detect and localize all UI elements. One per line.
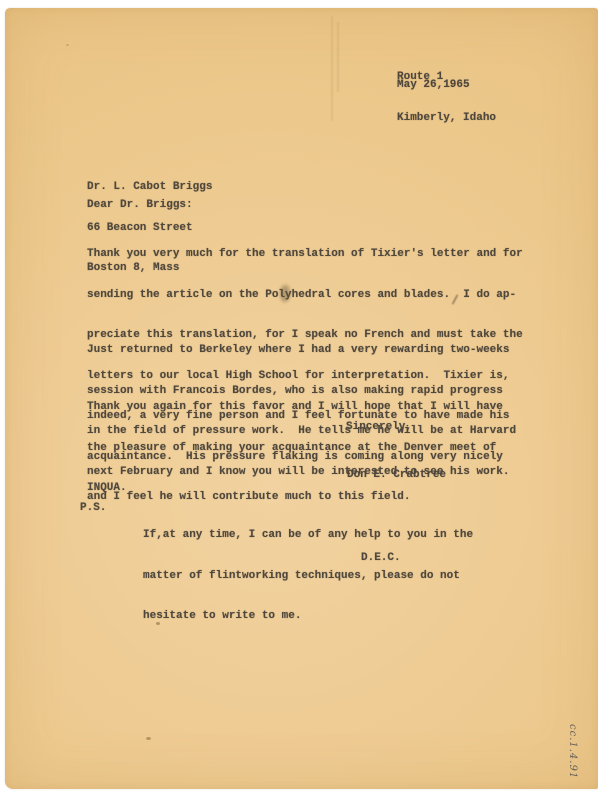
paper-speck (156, 622, 160, 625)
body-paragraph-3: Thank you again for this favor and I wil… (87, 374, 503, 523)
paragraph-line: Just returned to Berkeley where I had a … (87, 344, 516, 358)
postscript-label: P.S. (80, 502, 106, 516)
sender-address-block: Route 1 Kimberly, Idaho (397, 44, 496, 152)
paragraph-line: the pleasure of making your acquaintance… (87, 442, 503, 456)
paper-speck (146, 737, 151, 740)
postscript-line: hesitate to write to me. (143, 610, 473, 624)
paper-speck (66, 44, 69, 46)
paragraph-line: Thank you very much for the translation … (87, 248, 523, 262)
postscript-line: matter of flintworking techniques, pleas… (143, 570, 473, 584)
paragraph-line: Thank you again for this favor and I wil… (87, 401, 503, 415)
sender-address-line: Kimberly, Idaho (397, 112, 496, 126)
signature-name: Don E. Crabtree (347, 469, 446, 483)
salutation-line: Dear Dr. Briggs: (87, 199, 193, 213)
typist-initials: D.E.C. (361, 552, 401, 566)
postscript-line: If,at any time, I can be of any help to … (143, 529, 473, 543)
scan-streak (331, 16, 333, 121)
recipient-name-line: Dr. L. Cabot Briggs (87, 181, 212, 195)
scan-streak (337, 22, 339, 92)
postscript-block: If,at any time, I can be of any help to … (143, 502, 473, 651)
ink-smudge (280, 285, 290, 302)
date-line: May 26,1965 (397, 79, 470, 93)
paragraph-line: INQUA. (87, 482, 503, 496)
catalog-margin-note: cc.1.4.91 (567, 724, 578, 779)
closing-line: Sincerely, (346, 421, 412, 435)
letter-content: Route 1 Kimberly, Idaho May 26,1965 Dr. … (0, 0, 598, 800)
